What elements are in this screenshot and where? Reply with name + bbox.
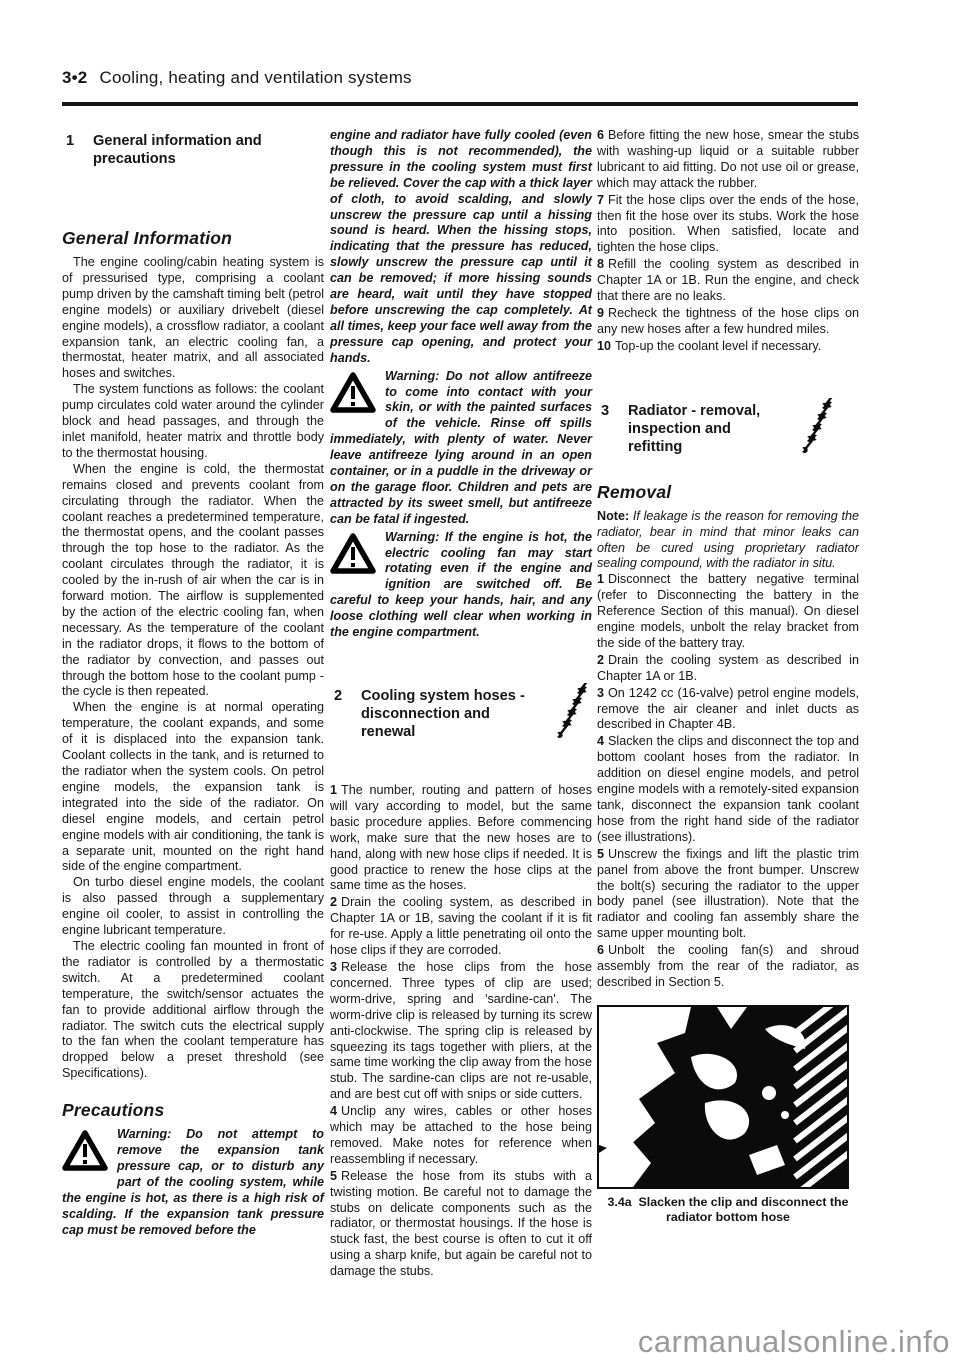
section-3-title: Radiator - removal, inspection and refit…: [628, 402, 828, 456]
procedure-step: 1Disconnect the battery negative termina…: [597, 572, 859, 652]
precautions-heading: Precautions: [62, 1100, 324, 1121]
spanner-set-icon: [554, 683, 590, 750]
procedure-step: 6Unbolt the cooling fan(s) and shroud as…: [597, 943, 859, 991]
column-right: 6Before fitting the new hose, smear the …: [597, 128, 859, 1225]
page-header: 3•2Cooling, heating and ventilation syst…: [62, 68, 412, 88]
procedure-step: 9Recheck the tightness of the hose clips…: [597, 306, 859, 338]
paragraph: When the engine is cold, the thermostat …: [62, 462, 324, 701]
section-3-number: 3: [597, 402, 628, 456]
warning-block: Warning: If the engine is hot, the elect…: [330, 530, 592, 641]
section-2-heading: 2 Cooling system hoses - disconnection a…: [330, 687, 592, 741]
procedure-step: 2Drain the cooling system, as described …: [330, 895, 592, 959]
warning-text-continued: engine and radiator have fully cooled (e…: [330, 128, 592, 367]
column-left: 1 General information and precautions Ge…: [62, 128, 324, 1238]
watermark: carmanualsonline.info: [638, 1324, 950, 1360]
procedure-step: 5Unscrew the fixings and lift the plasti…: [597, 847, 859, 942]
note-paragraph: Note: If leakage is the reason for remov…: [597, 509, 859, 573]
section-1-heading: 1 General information and precautions: [62, 132, 324, 168]
procedure-step: 4Unclip any wires, cables or other hoses…: [330, 1104, 592, 1168]
warning-block: Warning: Do not attempt to remove the ex…: [62, 1127, 324, 1238]
page-title: Cooling, heating and ventilation systems: [99, 68, 411, 87]
procedure-step: 4Slacken the clips and disconnect the to…: [597, 734, 859, 845]
procedure-step: 1The number, routing and pattern of hose…: [330, 783, 592, 894]
header-divider: [62, 102, 858, 106]
procedure-step: 2Drain the cooling system as described i…: [597, 653, 859, 685]
figure-caption-number: 3.4a: [607, 1195, 631, 1209]
figure-3-4a: 3.4a Slacken the clip and disconnect the…: [597, 1005, 859, 1225]
procedure-step: 7Fit the hose clips over the ends of the…: [597, 193, 859, 257]
section-2-number: 2: [330, 687, 361, 741]
procedure-step: 5Release the hose from its stubs with a …: [330, 1169, 592, 1280]
procedure-step: 6Before fitting the new hose, smear the …: [597, 128, 859, 192]
warning-block: Warning: Do not allow antifreeze to come…: [330, 369, 592, 528]
procedure-step: 3Release the hose clips from the hose co…: [330, 960, 592, 1103]
procedure-step: 8Refill the cooling system as described …: [597, 257, 859, 305]
paragraph: When the engine is at normal operating t…: [62, 700, 324, 875]
figure-caption-text: Slacken the clip and disconnect the radi…: [639, 1195, 849, 1224]
section-1-title: General information and precautions: [93, 132, 324, 168]
paragraph: On turbo diesel engine models, the coola…: [62, 875, 324, 939]
manual-page: 3•2Cooling, heating and ventilation syst…: [0, 0, 960, 1362]
section-1-number: 1: [62, 132, 93, 168]
removal-heading: Removal: [597, 482, 859, 503]
warning-triangle-icon: [330, 533, 376, 579]
warning-triangle-icon: [330, 372, 376, 418]
spanner-set-icon: [799, 398, 835, 465]
column-middle: engine and radiator have fully cooled (e…: [330, 128, 592, 1281]
figure-caption: 3.4a Slacken the clip and disconnect the…: [597, 1195, 859, 1225]
paragraph: The system functions as follows: the coo…: [62, 382, 324, 462]
warning-triangle-icon: [62, 1130, 108, 1176]
figure-photo: [597, 1005, 849, 1189]
general-information-heading: General Information: [62, 228, 324, 249]
procedure-step: 10Top-up the coolant level if necessary.: [597, 339, 859, 355]
section-3-heading: 3 Radiator - removal, inspection and ref…: [597, 402, 837, 456]
paragraph: The electric cooling fan mounted in fron…: [62, 939, 324, 1082]
procedure-step: 3On 1242 cc (16-valve) petrol engine mod…: [597, 686, 859, 734]
paragraph: The engine cooling/cabin heating system …: [62, 255, 324, 382]
page-number: 3•2: [62, 68, 87, 87]
